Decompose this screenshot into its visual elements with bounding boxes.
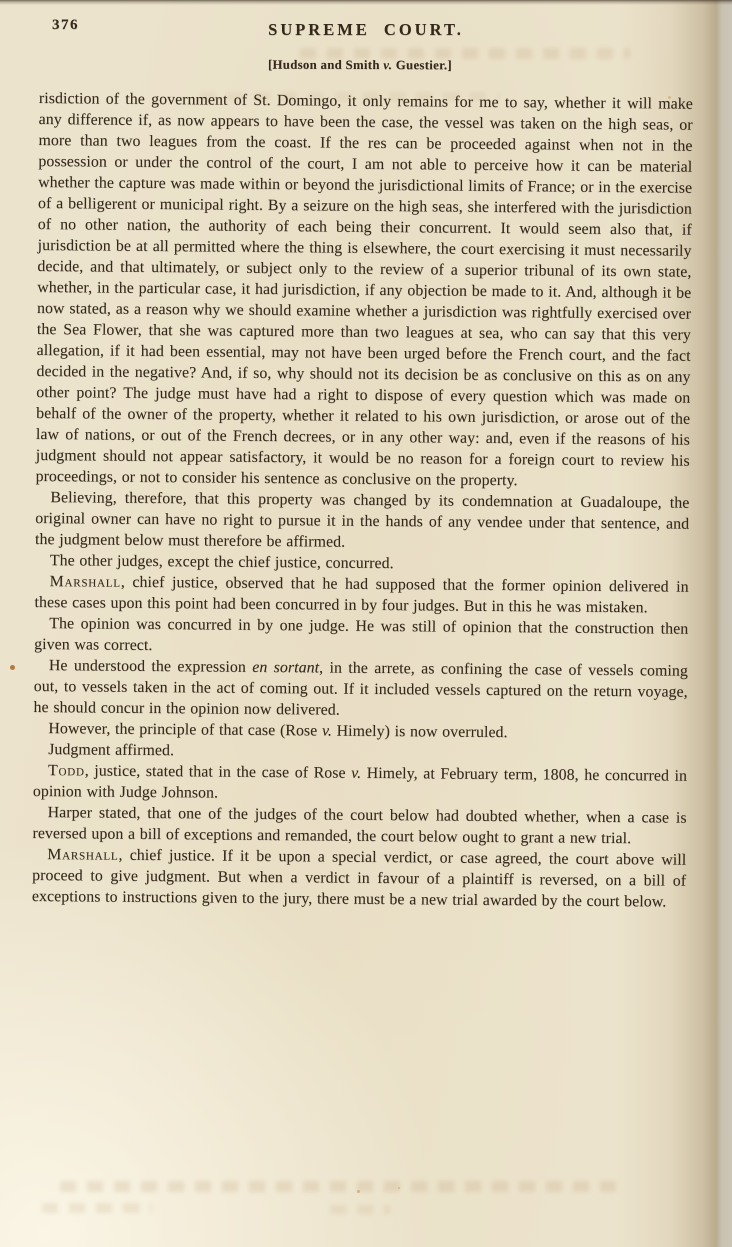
body-text: risdiction of the government of St. Domi…	[32, 88, 693, 913]
case-caption: [Hudson and Smith v. Guestier.]	[0, 57, 720, 75]
book-page-scan: 376 SUPREME COURT. [Hudson and Smith v. …	[0, 0, 732, 1247]
bleedthrough-ghost	[330, 1205, 390, 1214]
bleedthrough-ghost	[60, 1181, 620, 1192]
paragraph: Todd, justice, stated that in the case o…	[33, 760, 687, 808]
paragraph: Harper stated, that one of the judges of…	[32, 802, 686, 850]
text-segment: He understood the expression	[49, 657, 252, 676]
paragraph: Marshall, chief justice. If it be upon a…	[32, 844, 687, 913]
text-segment: , chief justice, observed that he had su…	[34, 574, 688, 617]
text-segment: [Hudson and Smith	[268, 58, 383, 72]
text-segment: Guestier.]	[392, 58, 452, 72]
text-segment: Himely) is now overruled.	[332, 723, 508, 742]
running-head: SUPREME COURT.	[0, 20, 732, 40]
paragraph: The opinion was concurred in by one judg…	[34, 613, 688, 661]
text-segment: v.	[383, 58, 392, 72]
paper-speck	[668, 96, 671, 99]
text-segment: v.	[351, 765, 361, 782]
text-segment: Marshall	[50, 573, 121, 591]
text-segment: v.	[322, 722, 332, 739]
text-segment: Believing, therefore, that this property…	[35, 489, 689, 551]
text-segment: Marshall	[47, 846, 118, 864]
text-segment: Judgment affirmed.	[48, 741, 174, 759]
paragraph: Marshall, chief justice, observed that h…	[34, 571, 688, 619]
text-segment: , chief justice. If it be upon a special…	[32, 847, 686, 911]
text-segment: The other judges, except the chief justi…	[50, 552, 394, 572]
paragraph: Believing, therefore, that this property…	[35, 487, 690, 556]
bleedthrough-ghost	[42, 1203, 152, 1213]
text-segment: risdiction of the government of St. Domi…	[36, 90, 693, 489]
text-segment: Harper stated, that one of the judges of…	[32, 804, 686, 847]
foxing-spot	[10, 665, 15, 670]
paragraph: risdiction of the government of St. Domi…	[36, 88, 693, 493]
paper-speck	[357, 1190, 360, 1193]
text-segment: , justice, stated that in the case of Ro…	[85, 762, 352, 781]
paragraph: He understood the expression en sortant,…	[34, 655, 689, 724]
paper-speck	[398, 1187, 400, 1189]
text-segment: The opinion was concurred in by one judg…	[34, 615, 688, 654]
text-segment: Todd	[48, 762, 85, 779]
text-segment: However, the principle of that case (Ros…	[48, 720, 322, 739]
text-segment: en sortant	[252, 659, 319, 677]
